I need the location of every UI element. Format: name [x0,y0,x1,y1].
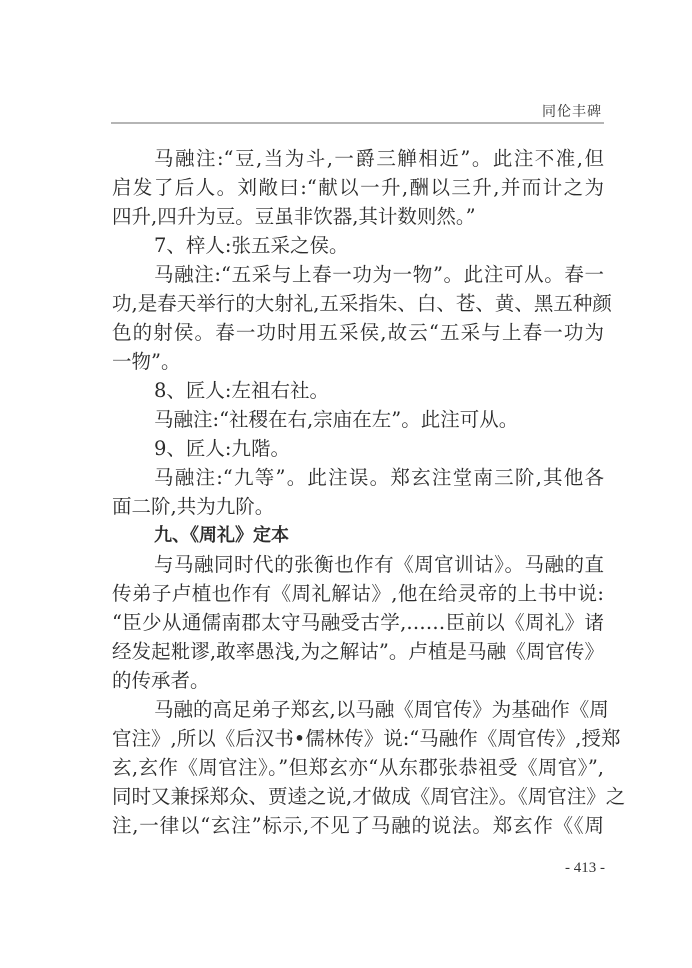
text-line: 同时又兼採郑众、贾逵之说,才做成《周官注》。《周官注》之 [112,782,604,811]
text-line: 的传承者。 [112,666,604,695]
text-line: 玄,玄作《周官注》。”但郑玄亦“从东郡张恭祖受《周官》”, [112,753,604,782]
text-line: 官注》,所以《后汉书•儒林传》说:“马融作《周官传》,授郑 [112,724,604,753]
text-line: 与马融同时代的张衡也作有《周官训诂》。马融的直 [112,550,604,579]
section-heading: 九、《周礼》定本 [112,521,604,550]
body-text: 马融注:“豆,当为斗,一爵三觯相近”。此注不准,但启发了后人。刘敞曰:“献以一升… [112,144,604,840]
text-line: 马融注:“五采与上春一功为一物”。此注可从。春一 [112,260,604,289]
text-line: 面二阶,共为九阶。 [112,492,604,521]
text-line: 马融注:“豆,当为斗,一爵三觯相近”。此注不准,但 [112,144,604,173]
text-line: 7、梓人:张五采之侯。 [112,231,604,260]
text-line: 马融注:“九等”。此注误。郑玄注堂南三阶,其他各 [112,463,604,492]
text-line: 马融的高足弟子郑玄,以马融《周官传》为基础作《周 [112,695,604,724]
text-line: 经发起粃谬,敢率愚浅,为之解诂”。卢植是马融《周官传》 [112,637,604,666]
text-line: “臣少从通儒南郡太守马融受古学,……臣前以《周礼》诸 [112,608,604,637]
text-line: 色的射侯。春一功时用五采侯,故云“五采与上春一功为 [112,318,604,347]
text-line: 一物”。 [112,347,604,376]
text-line: 传弟子卢植也作有《周礼解诂》,他在给灵帝的上书中说: [112,579,604,608]
text-line: 8、匠人:左祖右社。 [112,376,604,405]
text-line: 马融注:“社稷在右,宗庙在左”。此注可从。 [112,405,604,434]
running-title: 同伦丰碑 [542,101,602,121]
text-line: 9、匠人:九階。 [112,434,604,463]
text-line: 四升,四升为豆。豆虽非饮器,其计数则然。” [112,202,604,231]
text-line: 功,是春天举行的大射礼,五采指朱、白、苍、黄、黑五种颜 [112,289,604,318]
running-header: 同伦丰碑 [111,98,604,124]
page-number: - 413 - [549,860,605,877]
text-line: 注,一律以“玄注”标示,不见了马融的说法。郑玄作《《周 [112,811,604,840]
text-line: 启发了后人。刘敞曰:“献以一升,酬以三升,并而计之为 [112,173,604,202]
